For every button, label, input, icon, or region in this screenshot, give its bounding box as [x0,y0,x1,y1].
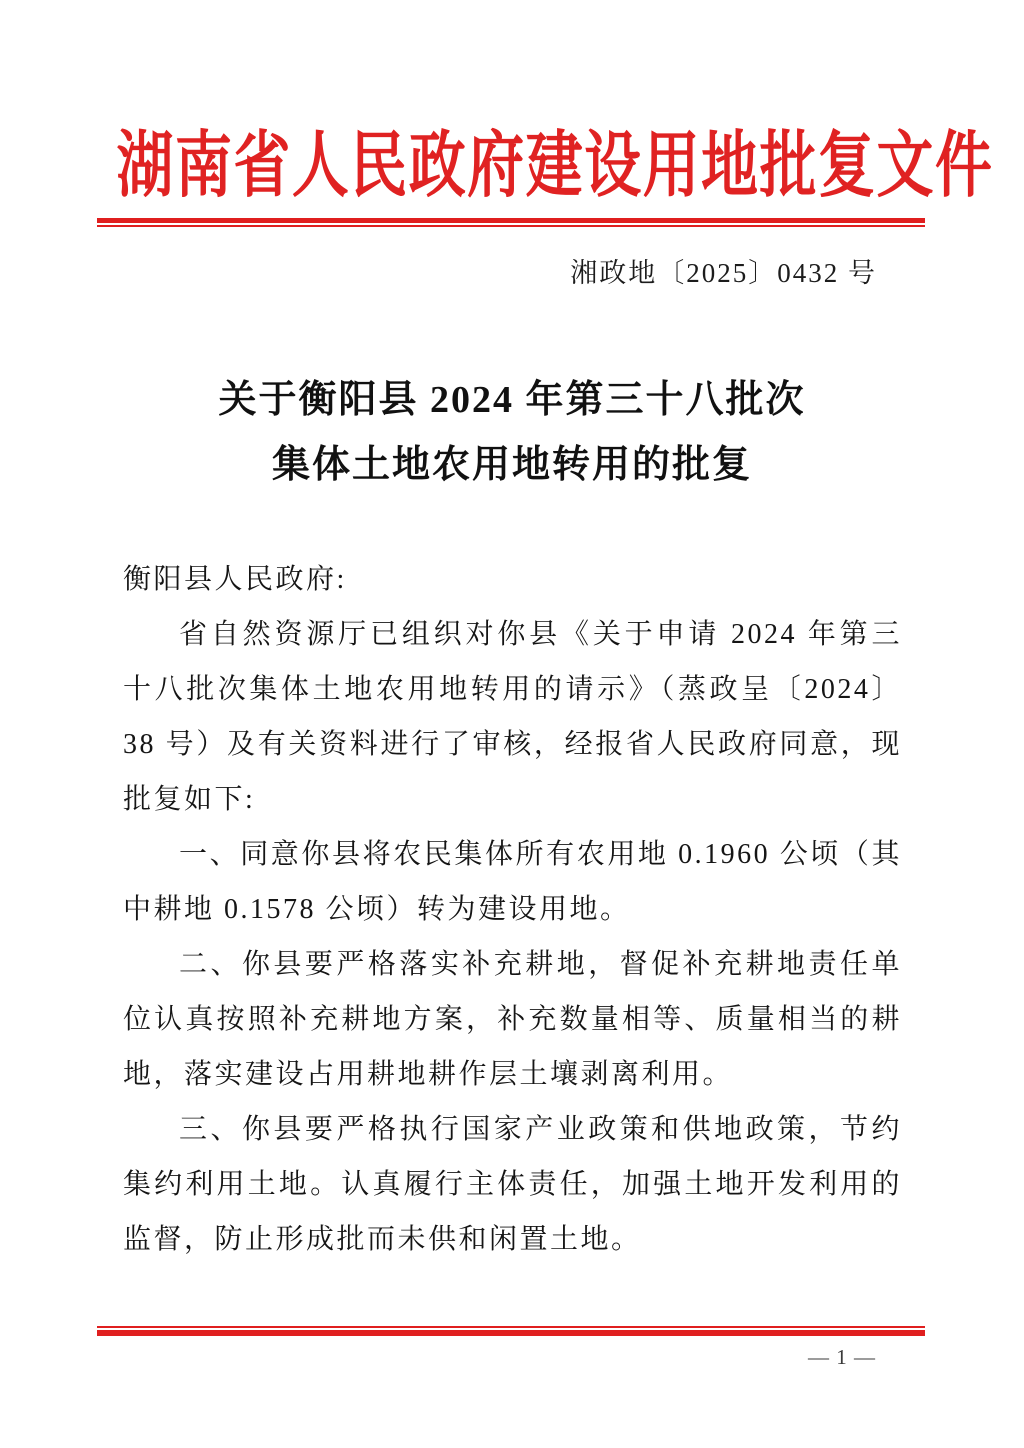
body-paragraph-3: 二、你县要严格落实补充耕地，督促补充耕地责任单位认真按照补充耕地方案，补充数量相… [123,937,902,1102]
document-body: 衡阳县人民政府: 省自然资源厅已组织对你县《关于申请 2024 年第三十八批次集… [123,552,902,1267]
document-number: 湘政地〔2025〕0432 号 [0,256,877,290]
footer-divider-rule [97,1326,925,1336]
document-page: 湖南省人民政府建设用地批复文件 湘政地〔2025〕0432 号 关于衡阳县 20… [0,0,1024,1448]
document-title-line1: 关于衡阳县 2024 年第三十八批次 [0,368,1024,433]
body-paragraph-1: 省自然资源厅已组织对你县《关于申请 2024 年第三十八批次集体土地农用地转用的… [123,607,902,827]
red-header-banner-title: 湖南省人民政府建设用地批复文件 [117,122,994,210]
red-header-banner: 湖南省人民政府建设用地批复文件 [0,122,1024,230]
document-title-line2: 集体土地农用地转用的批复 [0,433,1024,498]
header-rule-thin-line [97,225,925,227]
body-paragraph-4: 三、你县要严格执行国家产业政策和供地政策，节约集约利用土地。认真履行主体责任，加… [123,1102,902,1267]
document-title: 关于衡阳县 2024 年第三十八批次 集体土地农用地转用的批复 [0,368,1024,498]
footer-rule-thick-line [97,1330,925,1336]
page-number: — 1 — [0,1344,876,1370]
header-divider-rule [97,218,925,227]
body-paragraph-2: 一、同意你县将农民集体所有农用地 0.1960 公顷（其中耕地 0.1578 公… [123,827,902,937]
salutation: 衡阳县人民政府: [123,552,902,607]
